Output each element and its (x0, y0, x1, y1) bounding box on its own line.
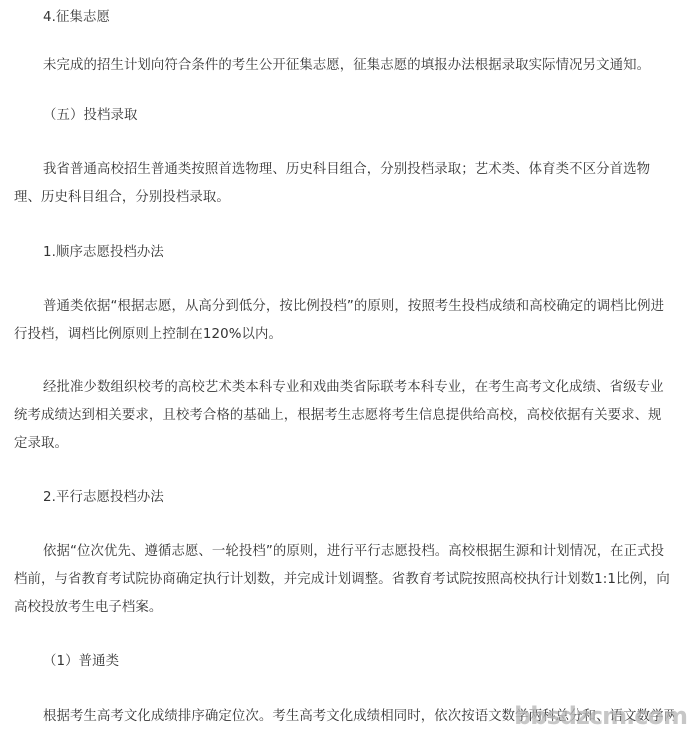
paragraph-admission-overview: 我省普通高校招生普通类按照首选物理、历史科目组合，分别投档录取；艺术类、体育类不… (14, 156, 674, 212)
paragraph-parallel-principle: 依据“位次优先、遵循志愿、一轮投档”的原则，进行平行志愿投档。高校根据生源和计划… (14, 538, 674, 622)
paragraph-sequential-art: 经批准少数组织校考的高校艺术类本科专业和戏曲类省际联考本科专业，在考生高考文化成… (14, 374, 674, 458)
paragraph-solicit-volunteer: 未完成的招生计划向符合条件的考生公开征集志愿，征集志愿的填报办法根据录取实际情况… (14, 52, 674, 80)
watermark: bbsdzcm.com (514, 702, 687, 730)
heading-section-five: （五）投档录取 (14, 102, 674, 130)
paragraph-sequential-general: 普通类依据“根据志愿，从高分到低分，按比例投档”的原则，按照考生投档成绩和高校确… (14, 293, 674, 349)
heading-general-category: （1）普通类 (14, 648, 674, 676)
heading-solicit-volunteer: 4.征集志愿 (14, 4, 674, 32)
heading-parallel-volunteer: 2.平行志愿投档办法 (14, 484, 674, 512)
heading-sequential-volunteer: 1.顺序志愿投档办法 (14, 239, 674, 267)
